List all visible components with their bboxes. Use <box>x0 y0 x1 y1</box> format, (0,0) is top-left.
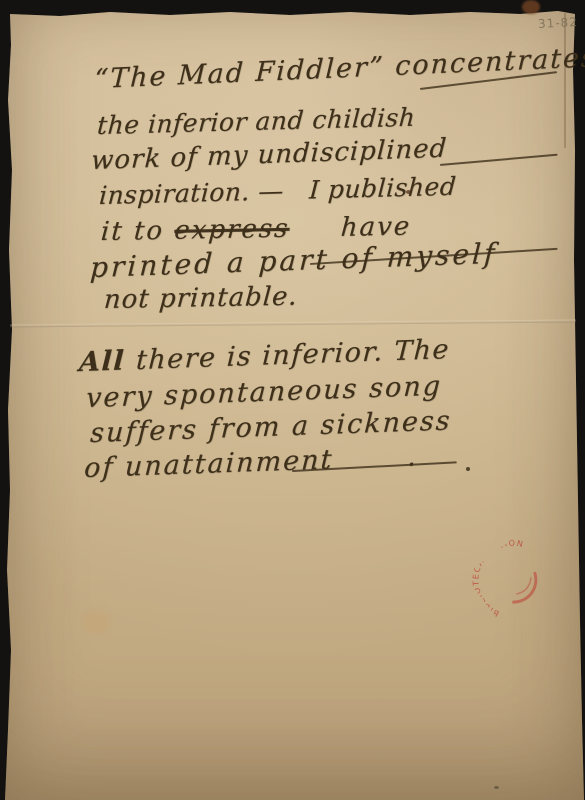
handwritten-line: not printable. <box>103 282 299 315</box>
handwritten-text: All <box>78 345 136 378</box>
stain <box>82 610 110 634</box>
edge-crease <box>564 13 566 148</box>
stain <box>494 786 499 789</box>
manuscript-scan: 31-82 “The Mad Fiddler” concentrates the… <box>0 0 585 800</box>
pencil-archive-number: 31-82 <box>538 15 579 31</box>
handwritten-text: it to <box>100 216 175 247</box>
ink-period <box>466 467 470 471</box>
crossed-out-word: express <box>173 214 290 246</box>
handwritten-text: have <box>288 212 412 244</box>
stain <box>522 0 540 14</box>
